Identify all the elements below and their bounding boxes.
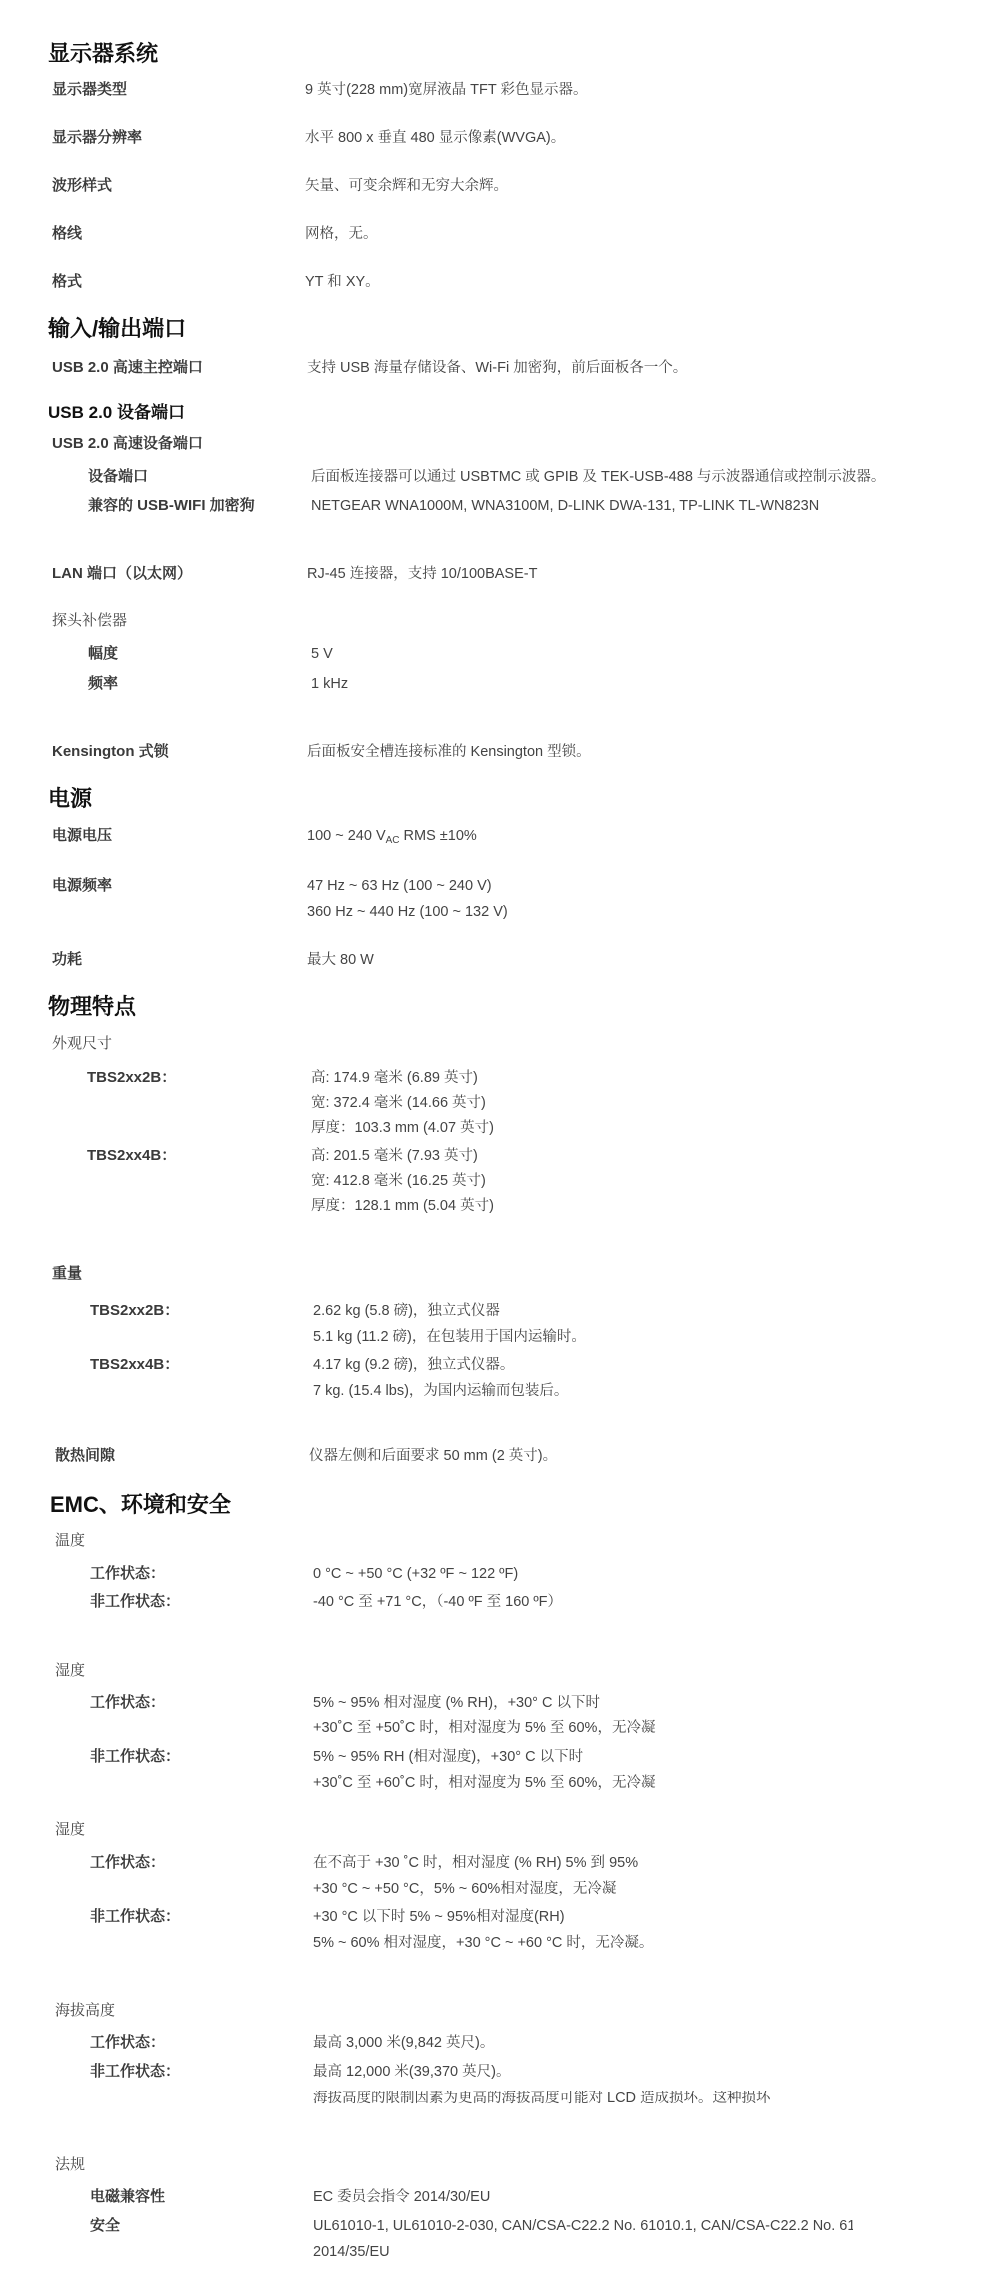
alt-nonop-line: 海拔高度的限制因素为更高的海拔高度可能对 LCD 造成损坏。这种损坏	[313, 2091, 853, 2106]
dim-2b-line: 宽: 372.4 毫米 (14.66 英寸)	[311, 1096, 486, 1111]
reg-emc-label: 电磁兼容性	[90, 2189, 165, 2204]
power-frequency-line1: 47 Hz ~ 63 Hz (100 ~ 240 V)	[307, 879, 492, 894]
reg-safety-line: UL61010-1, UL61010-2-030, CAN/CSA-C22.2 …	[313, 2219, 853, 2234]
wifi-dongle-value: NETGEAR WNA1000M, WNA3100M, D-LINK DWA-1…	[311, 499, 819, 514]
weight-2b-line: 5.1 kg (11.2 磅)，在包装用于国内运输时。	[313, 1330, 586, 1345]
row-value: YT 和 XY。	[305, 275, 380, 290]
usb-host-label: USB 2.0 高速主控端口	[52, 360, 203, 375]
dim-2b-line: 厚度：103.3 mm (4.07 英寸)	[311, 1121, 494, 1136]
alt-operating-label: 工作状态：	[90, 2035, 165, 2050]
weight-4b-line: 4.17 kg (9.2 磅)，独立式仪器。	[313, 1358, 514, 1373]
wifi-dongle-label: 兼容的 USB-WIFI 加密狗	[88, 498, 255, 513]
usb-device-title: USB 2.0 设备端口	[48, 404, 185, 421]
frequency-label: 频率	[88, 676, 118, 691]
weight-4b-line: 7 kg. (15.4 lbs)，为国内运输而包装后。	[313, 1384, 568, 1399]
dim-2b-label: TBS2xx2B：	[87, 1070, 176, 1085]
clearance-value: 仪器左侧和后面要求 50 mm (2 英寸)。	[309, 1449, 557, 1464]
temperature-label: 温度	[55, 1533, 85, 1548]
dim-4b-line: 厚度：128.1 mm (5.04 英寸)	[311, 1199, 494, 1214]
row-label: 格线	[52, 226, 82, 241]
section-title-io: 输入/输出端口	[48, 318, 186, 340]
row-label: 波形样式	[52, 178, 112, 193]
power-frequency-label: 电源频率	[52, 878, 112, 893]
dimensions-label: 外观尺寸	[52, 1036, 112, 1051]
hum1-nonop-line: +30˚C 至 +60˚C 时，相对湿度为 5% 至 60%，无冷凝	[313, 1776, 655, 1791]
amplitude-value: 5 V	[311, 647, 333, 662]
consumption-label: 功耗	[52, 952, 82, 967]
hum2-operating-line: 在不高于 +30 ˚C 时，相对湿度 (% RH) 5% 到 95%	[313, 1856, 638, 1871]
hum1-operating-line: +30˚C 至 +50˚C 时，相对湿度为 5% 至 60%，无冷凝	[313, 1721, 655, 1736]
section-title-physical: 物理特点	[48, 996, 136, 1018]
hum1-nonop-label: 非工作状态：	[90, 1749, 180, 1764]
voltage-label: 电源电压	[52, 828, 112, 843]
reg-safety-label: 安全	[90, 2218, 120, 2233]
usb-device-subtitle: USB 2.0 高速设备端口	[52, 436, 203, 451]
hum2-operating-line: +30 °C ~ +50 °C，5% ~ 60%相对湿度，无冷凝	[313, 1882, 616, 1897]
reg-emc-value: EC 委员会指令 2014/30/EU	[313, 2190, 490, 2205]
voltage-value-main: 100 ~ 240 V	[307, 828, 386, 844]
dim-4b-line: 高: 201.5 毫米 (7.93 英寸)	[311, 1149, 478, 1164]
row-label: 显示器分辨率	[52, 130, 142, 145]
voltage-value-tail: RMS ±10%	[400, 828, 477, 844]
hum1-operating-line: 5% ~ 95% 相对湿度 (% RH)，+30° C 以下时	[313, 1696, 600, 1711]
hum1-nonop-line: 5% ~ 95% RH (相对湿度)，+30° C 以下时	[313, 1750, 583, 1765]
voltage-value-sub: AC	[386, 835, 400, 846]
lan-label: LAN 端口（以太网）	[52, 566, 192, 581]
lan-value: RJ-45 连接器，支持 10/100BASE-T	[307, 567, 537, 582]
dim-4b-line: 宽: 412.8 毫米 (16.25 英寸)	[311, 1174, 486, 1189]
altitude-label: 海拔高度	[55, 2003, 115, 2018]
weight-4b-label: TBS2xx4B：	[90, 1357, 179, 1372]
hum2-nonop-line: +30 °C 以下时 5% ~ 95%相对湿度(RH)	[313, 1910, 565, 1925]
temp-nonop-label: 非工作状态：	[90, 1594, 180, 1609]
regulations-label: 法规	[55, 2157, 85, 2172]
amplitude-label: 幅度	[88, 646, 118, 661]
section-title-power: 电源	[48, 788, 92, 810]
voltage-value: 100 ~ 240 VAC RMS ±10%	[307, 829, 477, 846]
row-value: 矢量、可变余辉和无穷大余辉。	[305, 179, 508, 194]
frequency-value: 1 kHz	[311, 677, 348, 692]
alt-nonop-line: 最高 12,000 米(39,370 英尺)。	[313, 2065, 510, 2080]
dim-2b-line: 高: 174.9 毫米 (6.89 英寸)	[311, 1071, 478, 1086]
row-label: 显示器类型	[52, 82, 127, 97]
row-value: 水平 800 x 垂直 480 显示像素(WVGA)。	[305, 131, 565, 146]
device-port-label: 设备端口	[88, 469, 148, 484]
hum2-nonop-line: 5% ~ 60% 相对湿度，+30 °C ~ +60 °C 时，无冷凝。	[313, 1936, 653, 1951]
section-title-emc: EMC、环境和安全	[50, 1494, 231, 1516]
row-value: 9 英寸(228 mm)宽屏液晶 TFT 彩色显示器。	[305, 83, 588, 98]
reg-safety-line: 2014/35/EU	[313, 2245, 390, 2260]
row-label: 格式	[52, 274, 82, 289]
alt-operating-value: 最高 3,000 米(9,842 英尺)。	[313, 2036, 494, 2051]
hum1-operating-label: 工作状态：	[90, 1695, 165, 1710]
weight-2b-label: TBS2xx2B：	[90, 1303, 179, 1318]
clearance-label: 散热间隙	[55, 1448, 115, 1463]
probe-comp-label: 探头补偿器	[52, 613, 127, 628]
consumption-value: 最大 80 W	[307, 953, 374, 968]
temp-operating-label: 工作状态：	[90, 1566, 165, 1581]
kensington-label: Kensington 式锁	[52, 744, 169, 759]
alt-nonop-label: 非工作状态：	[90, 2064, 180, 2079]
temp-operating-value: 0 °C ~ +50 °C (+32 ºF ~ 122 ºF)	[313, 1567, 518, 1582]
weight-2b-line: 2.62 kg (5.8 磅)，独立式仪器	[313, 1304, 500, 1319]
section-title-display: 显示器系统	[48, 43, 158, 65]
usb-host-value: 支持 USB 海量存储设备、Wi-Fi 加密狗，前后面板各一个。	[307, 361, 687, 376]
dim-4b-label: TBS2xx4B：	[87, 1148, 176, 1163]
device-port-value: 后面板连接器可以通过 USBTMC 或 GPIB 及 TEK-USB-488 与…	[311, 470, 885, 485]
row-value: 网格，无。	[305, 227, 378, 242]
hum2-operating-label: 工作状态：	[90, 1855, 165, 1870]
kensington-value: 后面板安全槽连接标准的 Kensington 型锁。	[307, 745, 591, 760]
humidity2-label: 湿度	[55, 1822, 85, 1837]
humidity1-label: 湿度	[55, 1663, 85, 1678]
temp-nonop-value: -40 °C 至 +71 °C，（-40 ºF 至 160 ºF）	[313, 1595, 562, 1610]
power-frequency-line2: 360 Hz ~ 440 Hz (100 ~ 132 V)	[307, 905, 508, 920]
weight-label: 重量	[52, 1266, 82, 1281]
hum2-nonop-label: 非工作状态：	[90, 1909, 180, 1924]
